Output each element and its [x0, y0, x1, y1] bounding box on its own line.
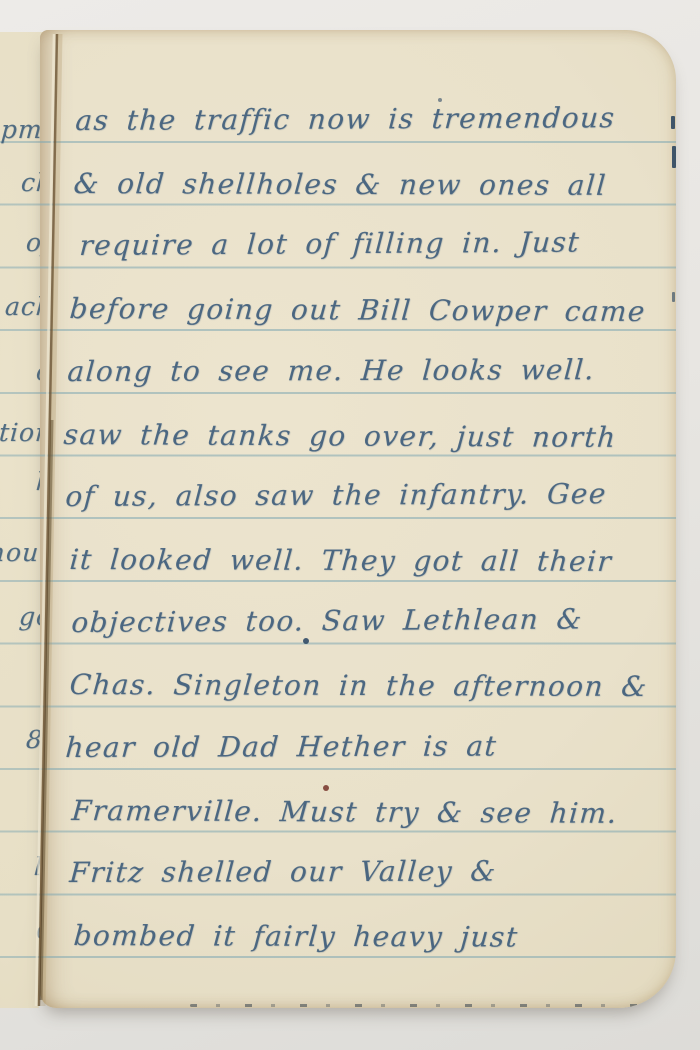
handwriting-line: Framerville. Must try & see him. [70, 788, 619, 837]
ink-speck [303, 638, 309, 644]
handwriting-line: of us, also saw the infantry. Gee [64, 471, 608, 520]
notebook-photo: 5pm.ckofackotionkhourgo8.llo as the traf… [0, 0, 700, 1050]
ink-speck [438, 98, 442, 102]
edge-ink-mark [672, 146, 676, 168]
edge-ink-mark [672, 292, 675, 302]
ink-speck [323, 785, 329, 791]
handwriting-line: bombed it fairly heavy just [72, 913, 520, 961]
handwriting-line: Fritz shelled our Valley & [68, 849, 498, 896]
handwriting-line: it looked well. They got all their [68, 537, 614, 585]
handwriting-line: before going out Bill Cowper came [68, 286, 648, 335]
handwriting-line: as the traffic now is tremendous [74, 95, 617, 144]
handwriting-line: objectives too. Saw Lethlean & [70, 596, 584, 646]
bottom-edge-speckles [190, 1004, 650, 1007]
handwriting-line: along to see me. He looks well. [66, 347, 596, 395]
handwriting-line: Chas. Singleton in the afternoon & [68, 662, 649, 710]
notebook-page: as the traffic now is tremendous& old sh… [40, 30, 676, 1008]
handwriting-line: & old shellholes & new ones all [72, 161, 608, 209]
handwriting-line: require a lot of filling in. Just [78, 220, 581, 269]
handwriting-line: hear old Dad Hether is at [64, 723, 499, 771]
edge-ink-mark [671, 116, 675, 129]
handwriting-line: saw the tanks go over, just north [62, 412, 618, 461]
